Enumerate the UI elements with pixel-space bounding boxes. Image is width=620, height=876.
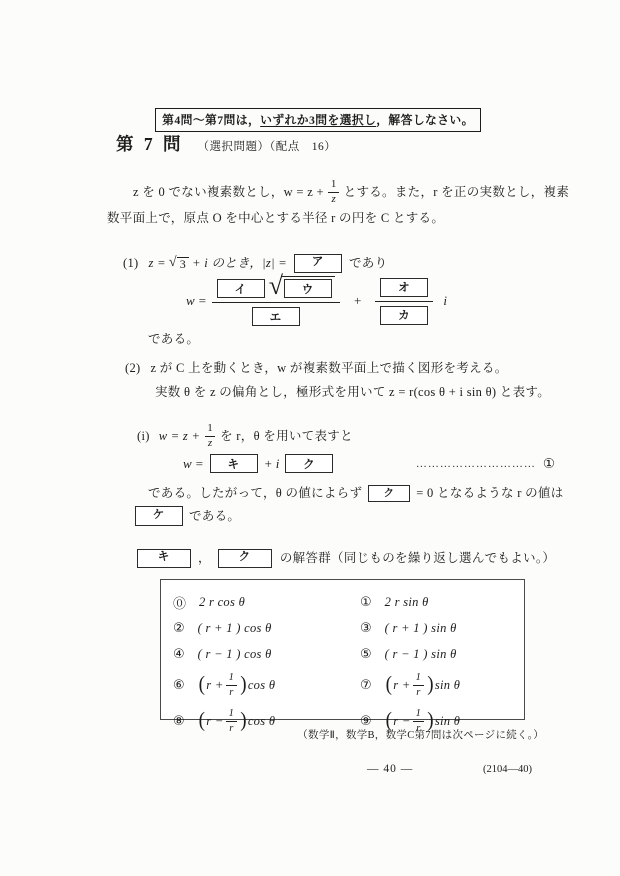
expr-pre: r + [393, 678, 410, 693]
option-7-number: ⑦ [360, 678, 372, 693]
conclusion-post: = 0 となるような r の値は [416, 485, 563, 502]
plus-sign: + [354, 293, 361, 309]
part2i-line: (i) w = z + 1z を r，θ を用いて表すと [137, 423, 353, 449]
answer-options-box: ⓪ 2 r cos θ ① 2 r sin θ ② ( r + 1 ) cos … [160, 579, 525, 720]
fraction-one-over-z: 1z [204, 423, 216, 449]
radical-sign: √ [169, 257, 177, 269]
right-paren: ) [240, 673, 247, 697]
fraction-one-over-r: 1r [226, 708, 238, 733]
answer-group-caption: キ ， ク の解答群（同じものを繰り返し選んでもよい。） [137, 548, 555, 568]
answer-box-ki-ref: キ [137, 549, 191, 568]
part1-equation: w = イ √ウ エ + オ カ i [186, 274, 447, 328]
part2i-label: (i) [137, 428, 150, 445]
option-1: ① 2 r sin θ [360, 589, 524, 615]
part1-post-text: であり [349, 255, 387, 272]
fraction-numerator: 1 [204, 423, 216, 435]
exam-page: 第4問〜第7問は，いずれか3問を選択し，解答しなさい。 第 7 問 （選択問題）… [0, 0, 620, 876]
part1-outro: である。 [148, 331, 199, 348]
part2-label: (2) [125, 360, 140, 377]
imaginary-fraction: オ カ [375, 278, 433, 325]
answer-box-a: ア [294, 254, 342, 273]
expr-post: cos θ [248, 678, 275, 693]
option-3-number: ③ [360, 621, 372, 636]
sqrt-3: √3 [169, 257, 189, 270]
answer-box-ku-ref: ク [218, 549, 272, 568]
left-paren: ( [199, 709, 206, 733]
part1-label: (1) [123, 255, 138, 272]
answer-box-ki: キ [210, 454, 258, 473]
expr-pre: r − [206, 714, 223, 729]
answer-box-e: エ [252, 307, 300, 326]
question-meta: （選択問題）（配点 16） [198, 138, 337, 154]
option-8-number: ⑧ [173, 714, 185, 729]
fraction-denominator: r [226, 685, 236, 698]
radical-argument: 3 [177, 257, 189, 270]
continuation-note: （数学Ⅱ，数学B，数学C第7問は次ページに続く。） [297, 727, 544, 742]
option-2-number: ② [173, 621, 185, 636]
option-3-expression: ( r + 1 ) sin θ [385, 621, 457, 636]
answer-box-o: オ [380, 278, 428, 297]
question-title: 第 7 問 （選択問題）（配点 16） [116, 131, 336, 156]
fraction-numerator: オ [375, 278, 433, 301]
notice-underlined: いずれか3問を選択し [260, 113, 376, 127]
page-code: (2104—40) [483, 764, 532, 775]
fraction-numerator: イ √ウ [212, 276, 340, 302]
option-2: ② ( r + 1 ) cos θ [173, 615, 360, 641]
answer-box-ku: ク [285, 454, 333, 473]
answer-box-ke: ケ [135, 506, 183, 526]
part2-line-1: (2) z が C 上を動くとき，w が複素数平面上で描く図形を考える。 [125, 360, 508, 377]
part2i-post-text: を r，θ を用いて表すと [220, 428, 353, 445]
fraction-numerator: 1 [226, 708, 238, 719]
option-4-number: ④ [173, 647, 185, 662]
part1-line: (1) z = √3 + i のとき，|z| = ア であり [123, 253, 387, 273]
plus-i: + i [264, 456, 280, 472]
option-7-expression: ( r + 1r ) sin θ [385, 672, 461, 697]
option-0: ⓪ 2 r cos θ [173, 589, 360, 615]
option-6-number: ⑥ [173, 678, 185, 693]
notice-post: ，解答しなさい。 [376, 113, 474, 127]
dotted-leader: ………………………… [416, 458, 536, 470]
fraction-denominator: z [328, 192, 339, 206]
expr-post: cos θ [248, 714, 275, 729]
option-6-expression: ( r + 1r ) cos θ [198, 672, 276, 697]
option-8-expression: ( r − 1r ) cos θ [198, 708, 276, 733]
option-6: ⑥ ( r + 1r ) cos θ [173, 667, 360, 703]
w-equals: w = [186, 293, 207, 309]
caption-text: の解答群（同じものを繰り返し選んでもよい。） [280, 550, 555, 567]
option-5-expression: ( r − 1 ) sin θ [385, 647, 457, 662]
option-7: ⑦ ( r + 1r ) sin θ [360, 667, 524, 703]
fraction-numerator: 1 [328, 179, 340, 191]
option-0-number: ⓪ [173, 593, 186, 612]
option-3: ③ ( r + 1 ) sin θ [360, 615, 524, 641]
part2-text-1: z が C 上を動くとき，w が複素数平面上で描く図形を考える。 [150, 360, 507, 377]
option-4: ④ ( r − 1 ) cos θ [173, 641, 360, 667]
option-0-expression: 2 r cos θ [199, 595, 245, 610]
answer-box-ka: カ [380, 306, 428, 325]
fraction-denominator: カ [375, 301, 433, 325]
w-equals: w = [183, 456, 204, 472]
fraction-one-over-r: 1r [226, 672, 238, 697]
imaginary-unit: i [443, 293, 447, 309]
option-5-number: ⑤ [360, 647, 372, 662]
caption-separator: ， [198, 550, 211, 567]
fraction-numerator: 1 [226, 672, 238, 683]
expr-pre: r + [206, 678, 223, 693]
part1-mid-text: + i のとき，|z| = [192, 255, 287, 272]
fraction-denominator: z [205, 436, 216, 450]
expr-post: sin θ [435, 678, 460, 693]
answer-box-i: イ [217, 279, 265, 298]
option-4-expression: ( r − 1 ) cos θ [198, 647, 272, 662]
notice-pre: 第4問〜第7問は， [162, 113, 260, 127]
question-number: 第 7 問 [116, 131, 184, 156]
fraction-denominator: エ [212, 302, 340, 326]
intro-text-2: とする。また，r を正の実数とし，複素 [344, 184, 570, 201]
part2-line-2: 実数 θ を z の偏角とし，極形式を用いて z = r(cos θ + i s… [155, 384, 550, 401]
intro-line-1: z を 0 でない複素数とし，w = z + 1z とする。また，r を正の実数… [133, 179, 569, 205]
equation-number-circled-1: ① [543, 456, 555, 472]
right-paren: ) [427, 673, 434, 697]
intro-text-1: z を 0 でない複素数とし，w = z + [133, 184, 324, 201]
fraction-denominator: r [413, 685, 423, 698]
answer-box-u: ウ [284, 279, 332, 298]
fraction-numerator: 1 [413, 708, 425, 719]
answer-box-ku-inline: ク [368, 485, 410, 502]
part2i-conclusion-1: である。したがって，θ の値によらず ク = 0 となるような r の値は [148, 483, 564, 503]
answer-options-grid: ⓪ 2 r cos θ ① 2 r sin θ ② ( r + 1 ) cos … [161, 580, 524, 739]
left-paren: ( [386, 673, 393, 697]
fraction-numerator: 1 [413, 672, 425, 683]
main-fraction: イ √ウ エ [212, 276, 340, 326]
option-2-expression: ( r + 1 ) cos θ [198, 621, 272, 636]
right-paren: ) [240, 709, 247, 733]
equation-one: w = キ + i ク ………………………… ① [183, 454, 555, 473]
part2i-conclusion-2: ケ である。 [135, 506, 240, 526]
radical-over-box: √ウ [269, 276, 335, 298]
conclusion-pre: である。したがって，θ の値によらず [148, 485, 362, 502]
option-5: ⑤ ( r − 1 ) sin θ [360, 641, 524, 667]
option-1-expression: 2 r sin θ [385, 595, 429, 610]
left-paren: ( [199, 673, 206, 697]
part2i-w-expr: w = z + [159, 428, 201, 445]
intro-line-2: 数平面上で，原点 O を中心とする半径 r の円を C とする。 [107, 210, 444, 227]
page-number: — 40 — [367, 763, 413, 775]
option-1-number: ① [360, 595, 372, 610]
conclusion-end: である。 [189, 508, 240, 525]
selection-notice: 第4問〜第7問は，いずれか3問を選択し，解答しなさい。 [155, 108, 481, 132]
fraction-one-over-z: 1z [328, 179, 340, 205]
fraction-denominator: r [226, 721, 236, 734]
radical-argument: ウ [281, 276, 335, 298]
part1-z-equals: z = [148, 255, 165, 272]
fraction-one-over-r: 1r [413, 672, 425, 697]
